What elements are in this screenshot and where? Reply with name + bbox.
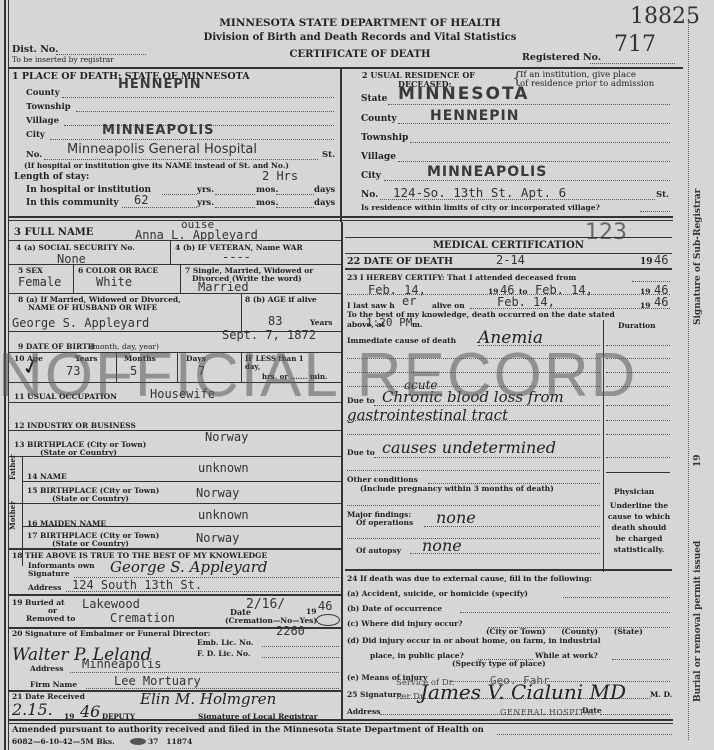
date-of-death: 2-14 xyxy=(496,253,525,267)
m-label: m. xyxy=(412,320,423,329)
form-code: 6082—6-10-42—5M Bks. xyxy=(12,737,115,746)
last-saw-year: 46 xyxy=(654,295,668,309)
med-top-rule xyxy=(345,237,672,238)
physician-signature: James V. Cialuni MD xyxy=(420,680,626,704)
hosp-yrs-line xyxy=(162,194,197,195)
autopsy-label: Of autopsy xyxy=(356,546,401,555)
residence-note2: of residence prior to admission xyxy=(520,79,654,89)
rule-4-div xyxy=(170,240,171,265)
spouse-name: George S. Appleyard xyxy=(12,316,149,330)
spouse-age-years-label: Years xyxy=(310,318,333,327)
res-state-label: State xyxy=(361,94,387,104)
md-label: M. D. xyxy=(650,690,672,699)
physician-note-line: cause to which xyxy=(604,511,674,522)
bottom-rule xyxy=(8,719,673,721)
physician-note-line: death should xyxy=(604,522,674,533)
unofficial-record-watermark: NOFFICIAL RECORD xyxy=(0,340,637,411)
rule-17 xyxy=(8,548,341,550)
pod-township-label: Township xyxy=(26,102,71,112)
removed-to: Cremation xyxy=(110,611,175,625)
attended-from-date: Feb. 14, xyxy=(368,283,426,297)
res-township-line xyxy=(410,142,670,143)
rule-16 xyxy=(22,526,341,527)
other-conditions-note: (Include pregnancy within 3 months of de… xyxy=(360,484,554,493)
pod-st-label: St. xyxy=(322,150,335,160)
right-margin-dotted-line xyxy=(688,20,689,740)
informant-address: 124 South 13th St. xyxy=(72,578,202,592)
last-saw-pronoun: er xyxy=(402,294,416,308)
burial-year: 46 xyxy=(318,599,332,613)
hosp-days-line xyxy=(276,194,314,195)
duration-label: Duration xyxy=(618,321,656,330)
physician-date-line xyxy=(600,714,670,715)
due-to-label-2: Due to xyxy=(347,448,375,457)
hosp-yrs-label: yrs. xyxy=(197,185,214,195)
dod-year-prefix: 19 xyxy=(640,257,653,267)
physician-note-line: be charged xyxy=(604,533,674,544)
veteran: ---- xyxy=(222,250,251,264)
rule-7 xyxy=(8,293,341,294)
res-township-label: Township xyxy=(361,133,408,143)
res-city: MINNEAPOLIS xyxy=(427,164,547,180)
in-community-label: In this community xyxy=(26,198,119,208)
duration-line-7 xyxy=(606,434,670,435)
res-limits-label: Is residence within limits of city or in… xyxy=(361,203,600,212)
pod-county: HENNEPIN xyxy=(118,77,202,92)
res-county: HENNEPIN xyxy=(430,108,519,124)
col-divider-top xyxy=(340,67,342,222)
father-name-label: 14 NAME xyxy=(27,472,67,481)
funeral-address-label: Address xyxy=(30,664,63,673)
ssn-label: 4 (a) SOCIAL SECURITY No. xyxy=(16,243,135,252)
community-years: 62 xyxy=(134,193,148,207)
med-dod-rule xyxy=(345,268,672,270)
fd-lic-label: F. D. Lic. No. xyxy=(197,649,251,658)
signature-25-label: 25 Signature xyxy=(347,690,402,699)
external-c-sub: (City or Town) (County) (State) xyxy=(486,627,643,636)
pod-village-label: Village xyxy=(26,116,59,126)
pod-city: MINNEAPOLIS xyxy=(102,123,215,138)
res-state-line xyxy=(388,104,670,105)
res-city-line xyxy=(384,180,670,181)
physician-divider xyxy=(603,472,604,572)
external-d-label: (d) Did injury occur in or about home, o… xyxy=(347,636,601,645)
pod-no-line xyxy=(44,159,318,160)
funeral-address: Minneapolis xyxy=(82,657,161,671)
bottom-rule-2 xyxy=(8,723,673,724)
length-of-stay-value: 2 Hrs xyxy=(262,169,298,183)
duration-end-rule xyxy=(606,472,670,473)
mother-side-label: Mother xyxy=(8,501,17,530)
pod-note: (If hospital or institution give its NAM… xyxy=(24,161,289,170)
physician-note-title: Physician xyxy=(614,487,654,496)
death-certificate: MINNESOTA STATE DEPARTMENT OF HEALTH Div… xyxy=(0,0,714,750)
last-saw-year-prefix: 19 xyxy=(640,301,650,310)
physician-note-line: Underline the xyxy=(604,500,674,511)
funeral-label: 20 Signature of Embalmer or Funeral Dire… xyxy=(12,629,210,638)
firm-name-label: Firm Name xyxy=(30,680,77,689)
registered-no: 717 xyxy=(614,32,656,57)
external-b-label: (b) Date of occurrence xyxy=(347,604,442,613)
external-a-line xyxy=(563,597,670,598)
amended-note: Amended pursuant to authority received a… xyxy=(12,725,484,735)
informant-signature: George S. Appleyard xyxy=(110,558,268,576)
external-c-label: (c) Where did injury occur? xyxy=(347,619,463,628)
rule-13 xyxy=(8,456,341,457)
res-village-line xyxy=(398,161,670,162)
physician-address-label: Address xyxy=(347,707,380,716)
rule-18 xyxy=(8,594,341,596)
father-birthplace: Norway xyxy=(196,486,239,500)
circled-yes-icon xyxy=(316,614,340,626)
father-side-label: Father xyxy=(8,454,17,480)
due-to-line-2 xyxy=(374,457,600,458)
res-city-label: City xyxy=(361,171,381,181)
operations-line-2 xyxy=(347,538,600,539)
spouse-label2: NAME OF HUSBAND OR WIFE xyxy=(28,303,157,312)
pod-township-line xyxy=(76,111,334,112)
spouse-age: 83 xyxy=(268,314,282,328)
sex-label: 5 SEX xyxy=(18,266,43,275)
dod-year: 46 xyxy=(654,253,668,267)
res-no-label: No. xyxy=(361,190,378,200)
pod-city-line xyxy=(50,139,334,140)
date-of-death-label: 22 DATE OF DEATH xyxy=(347,256,453,267)
funeral-address-line xyxy=(70,672,339,673)
local-registrar-signature: Elin M. Holmgren xyxy=(140,690,276,708)
due-to-line-1b xyxy=(347,420,600,421)
pod-no-label: No. xyxy=(26,150,42,160)
comm-days-label: days xyxy=(314,198,335,208)
race: White xyxy=(96,275,132,289)
rule-4 xyxy=(8,264,341,265)
medical-title: MEDICAL CERTIFICATION xyxy=(345,240,672,251)
last-saw-label: I last saw h xyxy=(347,301,395,310)
comm-days-line xyxy=(276,207,314,208)
due-to-line-2b xyxy=(347,470,600,471)
comm-yrs-line xyxy=(122,207,197,208)
mother-name: unknown xyxy=(198,508,249,522)
external-b-line xyxy=(460,612,670,613)
rule-12 xyxy=(8,430,341,431)
print-code: 37 11874 xyxy=(148,737,192,746)
res-village-label: Village xyxy=(361,152,396,162)
in-hospital-label: In hospital or institution xyxy=(26,185,151,195)
external-d-work-line xyxy=(612,659,670,660)
header-rule xyxy=(8,67,683,69)
operations-label: Of operations xyxy=(356,518,413,527)
autopsy-value: none xyxy=(422,536,462,555)
col-divider-mid xyxy=(341,222,343,720)
firm-name: Lee Mortuary xyxy=(114,674,201,688)
informant-address-label: Address xyxy=(28,583,61,592)
section-rule-1 xyxy=(8,216,673,218)
rule-6-div xyxy=(180,264,181,294)
due-to-line-1c xyxy=(347,434,600,435)
pod-county-label: County xyxy=(26,88,60,98)
dist-no-label: Dist. No. xyxy=(12,44,58,55)
due-to-2: causes undetermined xyxy=(382,438,556,457)
alive-on-label: alive on xyxy=(432,301,465,310)
comm-mos-line xyxy=(215,207,255,208)
race-label: 6 COLOR OR RACE xyxy=(78,266,158,275)
physician-date-label: Date xyxy=(582,706,602,715)
res-no-value: 124-So. 13th St. Apt. 6 xyxy=(393,185,566,200)
rule-3 xyxy=(8,240,341,241)
marital: Married xyxy=(198,280,249,294)
spouse-age-label: 8 (b) AGE if alive xyxy=(245,295,317,304)
hosp-mos-line xyxy=(215,194,255,195)
form-title: CERTIFICATE OF DEATH xyxy=(160,49,560,60)
med-end-rule xyxy=(345,569,672,571)
length-of-stay-label: Length of stay: xyxy=(14,172,89,182)
father-birthplace-sub: (State or Country) xyxy=(52,494,129,503)
rule-8-div xyxy=(241,293,242,331)
birthplace: Norway xyxy=(205,430,248,444)
external-cause-label: 24 If death was due to external cause, f… xyxy=(347,574,592,583)
mother-birthplace-sub: (State or Country) xyxy=(52,539,129,548)
comm-yrs-label: yrs. xyxy=(197,198,214,208)
sub-registrar-year: 19 xyxy=(693,454,703,467)
burial-year-prefix: 19 xyxy=(306,607,316,616)
file-number: 18825 xyxy=(630,4,700,29)
date-received: 2.15. xyxy=(12,700,53,719)
burial-date: 2/16/ xyxy=(246,597,285,612)
physician-note: Underline the cause to which death shoul… xyxy=(604,500,674,555)
rule-5-div xyxy=(73,264,74,294)
rule-14 xyxy=(22,481,341,482)
res-state: MINNESOTA xyxy=(398,84,529,104)
duration-line-6 xyxy=(606,420,670,421)
father-name: unknown xyxy=(198,461,249,475)
pod-city-label: City xyxy=(26,130,45,140)
burial-permit-label: Burial or removal permit issued xyxy=(693,541,703,702)
fd-lic-line xyxy=(262,657,339,658)
physician-note-line: statistically. xyxy=(604,544,674,555)
time-of-death: 1:20 PM xyxy=(366,316,412,329)
header-subtitle: Division of Birth and Death Records and … xyxy=(150,32,570,43)
buried-at: Lakewood xyxy=(82,597,140,611)
other-conditions-label: Other conditions xyxy=(347,475,418,484)
sub-registrar-label: Signature of Sub-Registrar xyxy=(693,189,703,325)
res-st-label: St. xyxy=(656,190,669,200)
pod-no-value: Minneapolis General Hospital xyxy=(67,142,257,157)
res-county-label: County xyxy=(361,114,397,124)
emb-lic-no: 2260 xyxy=(276,624,305,638)
duration-line-8 xyxy=(606,457,670,458)
to-year-prefix: 19 xyxy=(640,287,650,296)
section-rule-1b xyxy=(8,220,673,221)
dist-no-note: To be inserted by registrar xyxy=(12,55,114,64)
certify-line xyxy=(632,281,670,282)
emb-lic-line xyxy=(262,646,339,647)
industry-label: 12 INDUSTRY OR BUSINESS xyxy=(14,421,136,430)
registered-no-line xyxy=(590,63,675,64)
removed-to-label: Removed to xyxy=(26,614,75,623)
certify-label: 23 I HEREBY CERTIFY: That I attended dec… xyxy=(347,273,576,282)
emb-lic-label: Emb. Lic. No. xyxy=(197,638,253,647)
informant-sig-label2: Signature xyxy=(28,569,69,578)
mother-birthplace: Norway xyxy=(196,531,239,545)
registered-no-label: Registered No. xyxy=(522,52,601,63)
last-saw-date: Feb. 14, xyxy=(497,295,555,309)
res-limits-line xyxy=(640,211,670,212)
firm-name-line xyxy=(86,688,339,689)
sex: Female xyxy=(18,275,61,289)
hosp-days-label: days xyxy=(314,185,335,195)
amended-line xyxy=(497,734,672,735)
header-title: MINNESOTA STATE DEPARTMENT OF HEALTH xyxy=(160,17,560,29)
other-conditions-line-2 xyxy=(347,505,600,506)
external-d2-label: place, in public place? xyxy=(370,651,464,660)
operations-value: none xyxy=(436,508,476,527)
rule-15 xyxy=(8,503,341,504)
full-name-label: 3 FULL NAME xyxy=(14,227,93,238)
pod-county-line xyxy=(62,97,334,98)
union-label-icon xyxy=(130,738,146,745)
external-a-label: (a) Accident, suicide, or homicide (spec… xyxy=(347,589,528,598)
external-d-sub: (Specify type of place) xyxy=(452,659,546,668)
